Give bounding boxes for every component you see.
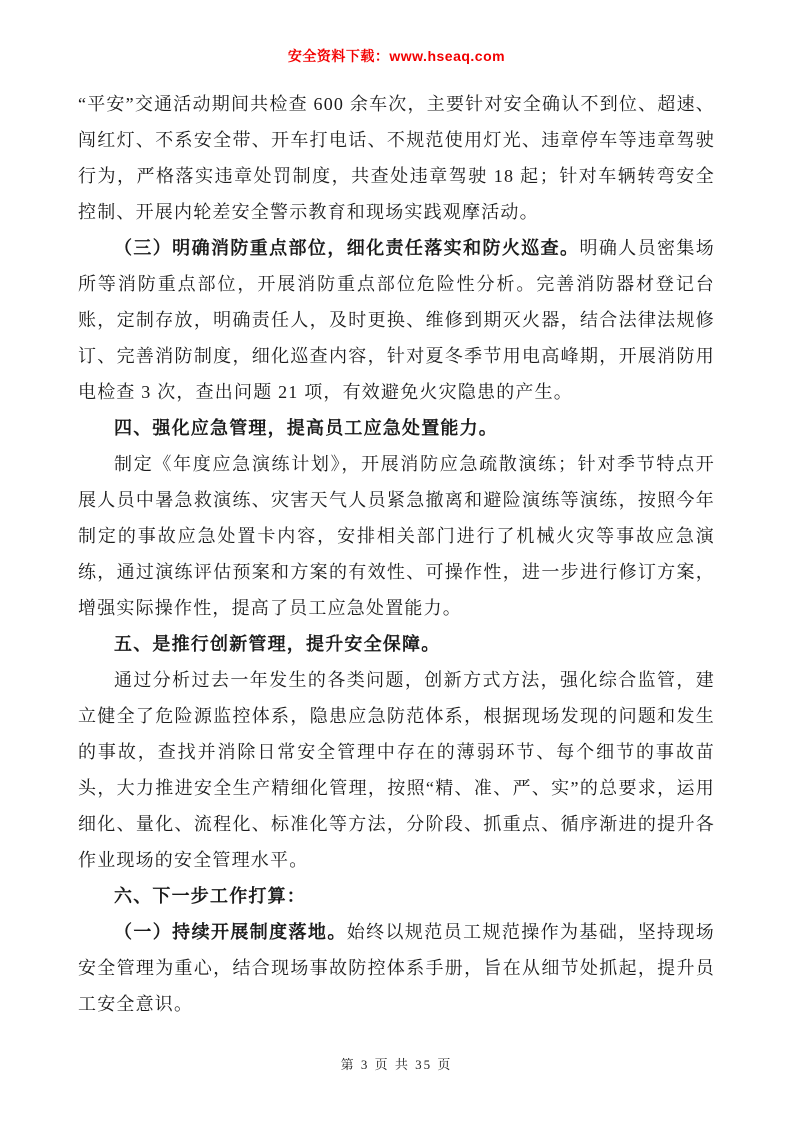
header-site-url: www.hseaq.com	[389, 48, 505, 64]
page-header: 安全资料下载：www.hseaq.com	[0, 46, 793, 66]
paragraph-refined-safety-management: 通过分析过去一年发生的各类问题，创新方式方法，强化综合监管，建立健全了危险源监控…	[78, 662, 715, 878]
header-download-label: 安全资料下载：	[288, 48, 390, 64]
paragraph-system-implementation: （一）持续开展制度落地。始终以规范员工规范操作为基础，坚持现场安全管理为重心，结…	[78, 914, 715, 1022]
paragraph-fire-key-areas: （三）明确消防重点部位，细化责任落实和防火巡查。明确人员密集场所等消防重点部位，…	[78, 230, 715, 410]
paragraph-lead-fire-key-areas: （三）明确消防重点部位，细化责任落实和防火巡查。	[114, 238, 579, 258]
heading-section-5-innovation-management: 五、是推行创新管理，提升安全保障。	[78, 626, 715, 662]
paragraph-emergency-drills: 制定《年度应急演练计划》，开展消防应急疏散演练；针对季节特点开展人员中暑急救演练…	[78, 446, 715, 626]
document-content: “平安”交通活动期间共检查 600 余车次，主要针对安全确认不到位、超速、闯红灯…	[78, 86, 715, 1022]
heading-section-4-emergency-management: 四、强化应急管理，提高员工应急处置能力。	[78, 410, 715, 446]
paragraph-lead-system-implementation: （一）持续开展制度落地。	[114, 922, 347, 942]
page-footer: 第 3 页 共 35 页	[0, 1054, 793, 1073]
heading-section-6-next-steps: 六、下一步工作打算：	[78, 878, 715, 914]
paragraph-text-fire-key-areas: 明确人员密集场所等消防重点部位，开展消防重点部位危险性分析。完善消防器材登记台账…	[78, 238, 715, 402]
document-page: 安全资料下载：www.hseaq.com “平安”交通活动期间共检查 600 余…	[0, 0, 793, 1122]
paragraph-traffic-inspection: “平安”交通活动期间共检查 600 余车次，主要针对安全确认不到位、超速、闯红灯…	[78, 86, 715, 230]
page-number: 第 3 页 共 35 页	[341, 1057, 453, 1072]
